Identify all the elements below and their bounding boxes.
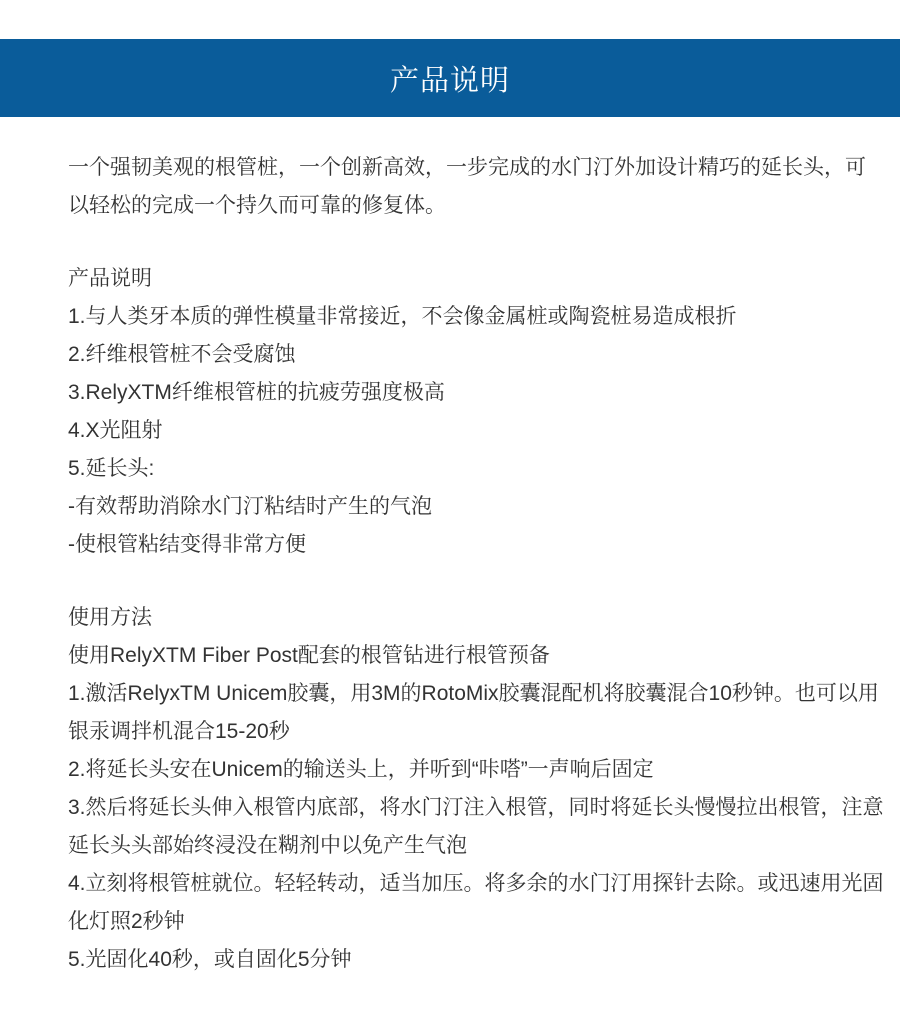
intro-line-1: 一个强韧美观的根管桩，一个创新高效，一步完成的水门汀外加设计精巧的延长头，可 xyxy=(68,149,860,187)
usage-line-3: 银汞调拌机混合15-20秒 xyxy=(68,713,860,751)
feature-line-4: 4.X光阻射 xyxy=(68,412,860,450)
usage-line-8: 化灯照2秒钟 xyxy=(68,903,860,941)
intro-paragraph: 一个强韧美观的根管桩，一个创新高效，一步完成的水门汀外加设计精巧的延长头，可 以… xyxy=(68,149,860,225)
usage-line-4: 2.将延长头安在Unicem的输送头上，并听到“咔嗒”一声响后固定 xyxy=(68,751,860,789)
usage-line-7: 4.立刻将根管桩就位。轻轻转动，适当加压。将多余的水门汀用探针去除。或迅速用光固 xyxy=(68,865,860,903)
usage-line-5: 3.然后将延长头伸入根管内底部，将水门汀注入根管，同时将延长头慢慢拉出根管，注意 xyxy=(68,789,860,827)
section-product-description-title: 产品说明 xyxy=(68,260,860,298)
feature-line-6: -有效帮助消除水门汀粘结时产生的气泡 xyxy=(68,488,860,526)
product-description-page: 产品说明 一个强韧美观的根管桩，一个创新高效，一步完成的水门汀外加设计精巧的延长… xyxy=(0,39,900,979)
feature-line-7: -使根管粘结变得非常方便 xyxy=(68,526,860,564)
page-header-banner: 产品说明 xyxy=(0,39,900,117)
usage-line-6: 延长头头部始终浸没在糊剂中以免产生气泡 xyxy=(68,827,860,865)
usage-line-9: 5.光固化40秒，或自固化5分钟 xyxy=(68,941,860,979)
content-area: 一个强韧美观的根管桩，一个创新高效，一步完成的水门汀外加设计精巧的延长头，可 以… xyxy=(0,117,900,979)
section-product-description: 产品说明 1.与人类牙本质的弹性模量非常接近，不会像金属桩或陶瓷桩易造成根折 2… xyxy=(68,260,860,564)
section-usage-instructions-title: 使用方法 xyxy=(68,599,860,637)
feature-line-5: 5.延长头: xyxy=(68,450,860,488)
usage-line-1: 使用RelyXTM Fiber Post配套的根管钻进行根管预备 xyxy=(68,637,860,675)
feature-line-1: 1.与人类牙本质的弹性模量非常接近，不会像金属桩或陶瓷桩易造成根折 xyxy=(68,298,860,336)
page-title: 产品说明 xyxy=(390,58,510,99)
section-usage-instructions: 使用方法 使用RelyXTM Fiber Post配套的根管钻进行根管预备 1.… xyxy=(68,599,860,979)
feature-line-3: 3.RelyXTM纤维根管桩的抗疲劳强度极高 xyxy=(68,374,860,412)
intro-line-2: 以轻松的完成一个持久而可靠的修复体。 xyxy=(68,187,860,225)
usage-line-2: 1.激活RelyxTM Unicem胶囊，用3M的RotoMix胶囊混配机将胶囊… xyxy=(68,675,860,713)
feature-line-2: 2.纤维根管桩不会受腐蚀 xyxy=(68,336,860,374)
